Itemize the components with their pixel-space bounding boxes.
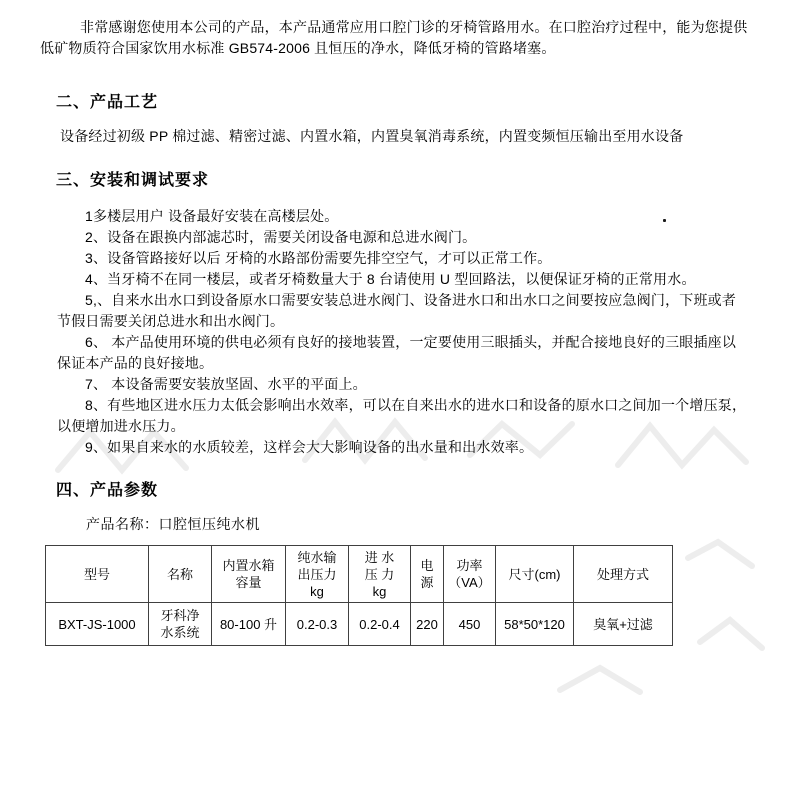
stray-dot [663,219,666,222]
table-data-row: BXT-JS-1000 牙科净 水系统 80-100 升 0.2-0.3 0.2… [46,603,673,646]
list-item-4: 4、当牙椅不在同一楼层，或者牙椅数量大于 8 台请使用 U 型回路法，以便保证牙… [57,269,749,290]
installation-requirements-list: 1多楼层用户 设备最好安装在高楼层处。 2、设备在跟换内部滤芯时，需要关闭设备电… [57,206,749,458]
product-name-line: 产品名称：口腔恒压纯水机 [86,514,260,534]
col-header-inlet-pressure: 进 水 压 力 kg [349,546,411,603]
col-header-power-supply: 电 源 [411,546,444,603]
cell-inlet-pressure: 0.2-0.4 [349,603,411,646]
section-title-process: 二、产品工艺 [56,89,158,112]
table-header-row: 型号 名称 内置水箱 容量 纯水输 出压力 kg 进 水 压 力 kg 电 源 … [46,546,673,603]
col-header-output-pressure: 纯水输 出压力 kg [286,546,349,603]
section-title-parameters: 四、产品参数 [56,477,158,500]
list-item-1: 1多楼层用户 设备最好安装在高楼层处。 [57,206,749,227]
list-item-9: 9、如果自来水的水质较差，这样会大大影响设备的出水量和出水效率。 [57,437,749,458]
col-header-dimensions: 尺寸(cm) [496,546,574,603]
cell-tank-capacity: 80-100 升 [212,603,286,646]
list-item-3: 3、设备管路接好以后 牙椅的水路部份需要先排空空气，才可以正常工作。 [57,248,749,269]
cell-wattage: 450 [444,603,496,646]
section-title-installation: 三、安装和调试要求 [56,167,209,190]
cell-power-supply: 220 [411,603,444,646]
col-header-treatment: 处理方式 [574,546,673,603]
process-description: 设备经过初级 PP 棉过滤、精密过滤、内置水箱，内置臭氧消毒系统，内置变频恒压输… [60,127,760,146]
list-item-6: 6、 本产品使用环境的供电必须有良好的接地装置，一定要使用三眼插头，并配合接地良… [57,332,749,374]
list-item-5: 5,、自来水出水口到设备原水口需要安装总进水阀门、设备进水口和出水口之间要按应急… [57,290,749,332]
cell-model: BXT-JS-1000 [46,603,149,646]
product-parameters-table: 型号 名称 内置水箱 容量 纯水输 出压力 kg 进 水 压 力 kg 电 源 … [45,545,673,646]
document-page: 非常感谢您使用本公司的产品，本产品通常应用口腔门诊的牙椅管路用水。在口腔治疗过程… [0,0,800,800]
cell-output-pressure: 0.2-0.3 [286,603,349,646]
intro-paragraph: 非常感谢您使用本公司的产品，本产品通常应用口腔门诊的牙椅管路用水。在口腔治疗过程… [40,17,755,58]
cell-name: 牙科净 水系统 [149,603,212,646]
list-item-2: 2、设备在跟换内部滤芯时，需要关闭设备电源和总进水阀门。 [57,227,749,248]
cell-treatment: 臭氧+过滤 [574,603,673,646]
cell-dimensions: 58*50*120 [496,603,574,646]
col-header-wattage: 功率 （VA） [444,546,496,603]
col-header-name: 名称 [149,546,212,603]
list-item-7: 7、 本设备需要安装放坚固、水平的平面上。 [57,374,749,395]
list-item-8: 8、有些地区进水压力太低会影响出水效率，可以在自来出水的进水口和设备的原水口之间… [57,395,749,437]
col-header-tank-capacity: 内置水箱 容量 [212,546,286,603]
col-header-model: 型号 [46,546,149,603]
